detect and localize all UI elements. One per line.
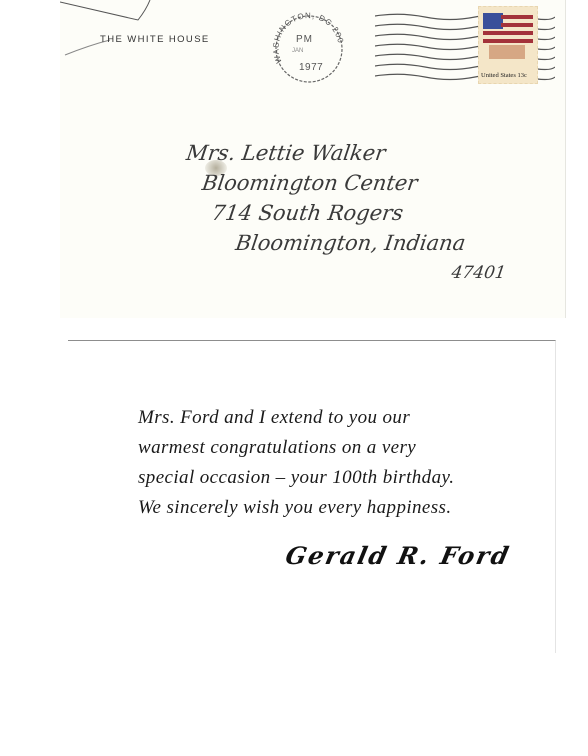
message-line: warmest congratulations on a very [138, 433, 454, 463]
sender-return-address: THE WHITE HOUSE [100, 34, 210, 45]
zip-code: 47401 [167, 258, 507, 288]
postmark-circle: WASHINGTON, DC 200 [270, 10, 348, 88]
address-line: Bloomington Center [180, 168, 520, 198]
independence-hall-icon [489, 45, 525, 59]
flag-canton-icon [483, 13, 503, 29]
recipient-address: Mrs. Lettie Walker Bloomington Center 71… [167, 138, 524, 288]
postmark-year: 1977 [299, 62, 323, 73]
postmark-date: JAN [292, 48, 303, 54]
stamp-denomination: United States 13c [481, 72, 527, 79]
address-line: Mrs. Lettie Walker [184, 138, 524, 168]
address-line: Bloomington, Indiana [172, 228, 512, 258]
postage-stamp: United States 13c [478, 6, 538, 84]
envelope: THE WHITE HOUSE WASHINGTON, DC 200 PM JA… [60, 0, 566, 318]
message-line: special occasion – your 100th birthday. [138, 463, 454, 493]
card-message: Mrs. Ford and I extend to you our warmes… [138, 403, 454, 523]
message-line: Mrs. Ford and I extend to you our [138, 403, 454, 433]
torn-flap-icon [60, 0, 180, 60]
message-line: We sincerely wish you every happiness. [138, 493, 454, 523]
greeting-card: Mrs. Ford and I extend to you our warmes… [68, 340, 556, 653]
address-line: 714 South Rogers [176, 198, 516, 228]
postmark-time: PM [296, 34, 313, 45]
signature: Gerald R. Ford [283, 541, 513, 570]
